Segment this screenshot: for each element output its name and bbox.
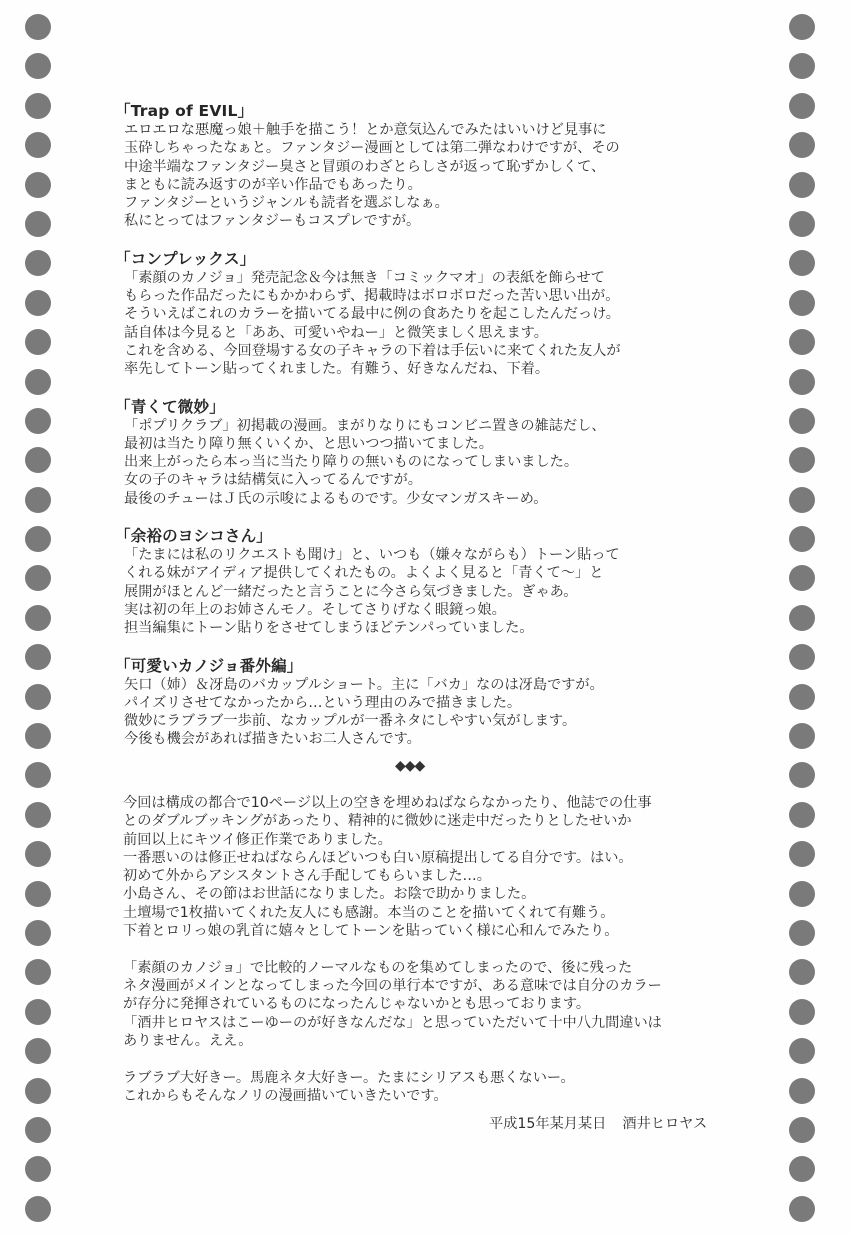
binding-dot-icon (25, 290, 51, 316)
body-line: 微妙にラブラブ一歩前、なカップルが一番ネタにしやすい気がします。 (115, 712, 755, 730)
body-line: 小島さん、その節はお世話になりました。お陰で助かりました。 (114, 885, 754, 903)
section-heading: 「余裕のヨシコさん」 (115, 527, 755, 546)
binding-dot-icon (25, 526, 51, 552)
body-line: 初めて外からアシスタントさん手配してもらいました…。 (114, 867, 754, 885)
binding-dot-icon (25, 93, 51, 119)
body-line: とのダブルブッキングがあったり、精神的に微妙に迷走中だったりとしたせいか (114, 812, 754, 830)
binding-dot-icon (25, 802, 51, 828)
binding-dot-icon (25, 881, 51, 907)
body-line: 土壇場で1枚描いてくれた友人にも感謝。本当のことを描いてくれて有難う。 (114, 904, 754, 922)
binding-dot-icon (25, 1196, 51, 1222)
binding-dot-icon (789, 1156, 815, 1182)
body-line: ネタ漫画がメインとなってしまった今回の単行本ですが、ある意味では自分のカラー (114, 977, 754, 995)
binding-dot-icon (789, 762, 815, 788)
binding-dot-icon (25, 684, 51, 710)
binding-dot-icon (25, 329, 51, 355)
story-note-kawaii-kanojo-bangai: 「可愛いカノジョ番外編」 矢口（姉）＆冴島のバカップルショート。主に「バカ」なの… (115, 657, 755, 749)
body-line: 担当編集にトーン貼りをさせてしまうほどテンパっていました。 (115, 619, 755, 637)
story-note-aokute-bimyou: 「青くて微妙」 「ポプリクラブ」初掲載の漫画。まがりなりにもコンビニ置きの雑誌だ… (115, 398, 755, 508)
binding-dot-icon (25, 172, 51, 198)
binding-dot-icon (789, 408, 815, 434)
closing-paragraph: 今回は構成の都合で10ページ以上の空きを埋めねばならなかったり、他誌での仕事 と… (114, 794, 754, 940)
body-line: 率先してトーン貼ってくれました。有難う、好きなんだね、下着。 (115, 360, 755, 378)
body-line: これを含める、今回登場する女の子キャラの下着は手伝いに来てくれた友人が (115, 342, 755, 360)
body-line: 玉砕しちゃったなぁと。ファンタジー漫画としては第二弾なわけですが、その (115, 139, 755, 157)
section-heading: 「コンプレックス」 (115, 250, 755, 269)
binding-dot-icon (789, 53, 815, 79)
binding-dot-icon (789, 172, 815, 198)
binding-dot-icon (789, 93, 815, 119)
binding-dot-icon (789, 211, 815, 237)
story-note-complex: 「コンプレックス」 「素顔のカノジョ」発売記念＆今は無き「コミックマオ」の表紙を… (115, 250, 755, 379)
body-line: 前回以上にキツイ修正作業でありました。 (114, 831, 754, 849)
body-line: 女の子のキャラは結構気に入ってるんですが。 (115, 471, 755, 489)
body-line: ファンタジーというジャンルも読者を選ぶしなぁ。 (115, 194, 755, 212)
binding-dot-icon (789, 565, 815, 591)
body-line: 下着とロリっ娘の乳首に嬉々としてトーンを貼っていく様に心和んでみたり。 (114, 922, 754, 940)
body-line: 今回は構成の都合で10ページ以上の空きを埋めねばならなかったり、他誌での仕事 (114, 794, 754, 812)
body-line: くれる妹がアイディア提供してくれたもの。よくよく見ると「青くて～」と (115, 564, 755, 582)
body-line: 私にとってはファンタジーもコスプレですが。 (115, 212, 755, 230)
binding-dot-icon (25, 644, 51, 670)
binding-dot-icon (789, 959, 815, 985)
binding-dot-icon (25, 369, 51, 395)
body-line: ラブラブ大好きー。馬鹿ネタ大好きー。たまにシリアスも悪くないー。 (114, 1069, 754, 1087)
binding-dot-icon (25, 1078, 51, 1104)
binding-dot-icon (789, 487, 815, 513)
binding-dot-icon (25, 762, 51, 788)
binding-dot-icon (789, 132, 815, 158)
binding-dot-icon (25, 447, 51, 473)
binding-dot-icon (25, 53, 51, 79)
story-note-trap-of-evil: 「Trap of EVIL」 エロエロな悪魔っ娘＋触手を描こう！とか意気込んでみ… (115, 102, 755, 231)
body-line: 「たまには私のリクエストも聞け」と、いつも（嫌々ながらも）トーン貼って (115, 546, 755, 564)
body-line: 展開がほとんど一緒だったと言うことに今さら気づきました。ぎゃあ。 (115, 583, 755, 601)
body-line: 最初は当たり障り無くいくか、と思いつつ描いてました。 (115, 435, 755, 453)
binding-dot-icon (789, 723, 815, 749)
closing-remarks: 今回は構成の都合で10ページ以上の空きを埋めねばならなかったり、他誌での仕事 と… (114, 794, 754, 1124)
body-line: エロエロな悪魔っ娘＋触手を描こう！とか意気込んでみたはいいけど見事に (115, 121, 755, 139)
binding-dot-icon (25, 1156, 51, 1182)
binding-dot-icon (789, 1038, 815, 1064)
binding-dot-icon (789, 447, 815, 473)
binding-dot-icon (25, 605, 51, 631)
binding-dot-icon (789, 684, 815, 710)
binding-dot-icon (789, 1117, 815, 1143)
body-line: 実は初の年上のお姉さんモノ。そしてさりげなく眼鏡っ娘。 (115, 601, 755, 619)
binding-dot-icon (789, 841, 815, 867)
binding-dot-icon (25, 1117, 51, 1143)
story-notes: 「Trap of EVIL」 エロエロな悪魔っ娘＋触手を描こう！とか意気込んでみ… (115, 102, 755, 768)
closing-paragraph: ラブラブ大好きー。馬鹿ネタ大好きー。たまにシリアスも悪くないー。 これからもそん… (114, 1069, 754, 1106)
binding-dot-icon (789, 881, 815, 907)
body-line: 「酒井ヒロヤスはこーゆーのが好きなんだな」と思っていただいて十中八九間違いは (114, 1014, 754, 1032)
body-line: ありません。ええ。 (114, 1032, 754, 1050)
binding-dot-icon (25, 132, 51, 158)
story-note-yoyuu-no-yoshiko: 「余裕のヨシコさん」 「たまには私のリクエストも聞け」と、いつも（嫌々ながらも）… (115, 527, 755, 637)
afterword-page: 「Trap of EVIL」 エロエロな悪魔っ娘＋触手を描こう！とか意気込んでみ… (0, 0, 850, 1234)
binding-dot-icon (789, 369, 815, 395)
body-line: 一番悪いのは修正せねばならんほどいつも白い原稿提出してる自分です。はい。 (114, 849, 754, 867)
binding-dot-icon (789, 1196, 815, 1222)
body-line: が存分に発揮されているものになったんじゃないかとも思っております。 (114, 995, 754, 1013)
binding-dot-icon (25, 920, 51, 946)
binding-dot-icon (789, 644, 815, 670)
binding-dot-icon (25, 841, 51, 867)
body-line: 「素顔のカノジョ」発売記念＆今は無き「コミックマオ」の表紙を飾らせて (115, 269, 755, 287)
binding-dot-icon (25, 723, 51, 749)
binding-dot-icon (25, 959, 51, 985)
body-line: 話自体は今見ると「ああ、可愛いやねー」と微笑ましく思えます。 (115, 324, 755, 342)
body-line: そういえばこれのカラーを描いてる最中に例の食あたりを起こしたんだっけ。 (115, 305, 755, 323)
section-heading: 「青くて微妙」 (115, 398, 755, 417)
body-line: 「ポプリクラブ」初掲載の漫画。まがりなりにもコンビニ置きの雑誌だし、 (115, 417, 755, 435)
binding-dot-icon (789, 526, 815, 552)
binding-dot-icon (789, 999, 815, 1025)
closing-paragraph: 「素顔のカノジョ」で比較的ノーマルなものを集めてしまったので、後に残った ネタ漫… (114, 959, 754, 1050)
body-line: まともに読み返すのが辛い作品でもあったり。 (115, 176, 755, 194)
diamond-separator-icon: ◆◆◆ (395, 758, 424, 774)
body-line: 「素顔のカノジョ」で比較的ノーマルなものを集めてしまったので、後に残った (114, 959, 754, 977)
binding-dot-icon (25, 408, 51, 434)
body-line: パイズリさせてなかったから…という理由のみで描きました。 (115, 694, 755, 712)
binding-dot-icon (789, 802, 815, 828)
binding-dot-icon (25, 250, 51, 276)
body-line: 矢口（姉）＆冴島のバカップルショート。主に「バカ」なのは冴島ですが。 (115, 676, 755, 694)
binding-dot-icon (25, 565, 51, 591)
section-heading: 「Trap of EVIL」 (115, 102, 755, 121)
binding-dot-icon (25, 487, 51, 513)
body-line: これからもそんなノリの漫画描いていきたいです。 (114, 1087, 754, 1105)
binding-dot-icon (25, 14, 51, 40)
body-line: 今後も機会があれば描きたいお二人さんです。 (115, 730, 755, 748)
binding-dot-icon (789, 1078, 815, 1104)
body-line: 中途半端なファンタジー臭さと冒頭のわざとらしさが返って恥ずかしくて、 (115, 158, 755, 176)
signature-date: 平成15年某月某日 (489, 1116, 606, 1132)
body-line: 最後のチューはＪ氏の示唆によるものです。少女マンガスキーめ。 (115, 490, 755, 508)
binding-dot-icon (789, 920, 815, 946)
left-binding-dots (25, 14, 51, 1234)
binding-dot-icon (25, 1038, 51, 1064)
binding-dot-icon (25, 999, 51, 1025)
body-line: もらった作品だったにもかかわらず、掲載時はボロボロだった苦い思い出が。 (115, 287, 755, 305)
binding-dot-icon (789, 605, 815, 631)
binding-dot-icon (789, 290, 815, 316)
binding-dot-icon (789, 250, 815, 276)
binding-dot-icon (789, 329, 815, 355)
section-heading: 「可愛いカノジョ番外編」 (115, 657, 755, 676)
binding-dot-icon (789, 14, 815, 40)
signature: 平成15年某月某日酒井ヒロヤス (489, 1115, 707, 1133)
signature-author: 酒井ヒロヤス (622, 1116, 707, 1132)
binding-dot-icon (25, 211, 51, 237)
right-binding-dots (789, 14, 815, 1234)
body-line: 出来上がったら本っ当に当たり障りの無いものになってしまいました。 (115, 453, 755, 471)
